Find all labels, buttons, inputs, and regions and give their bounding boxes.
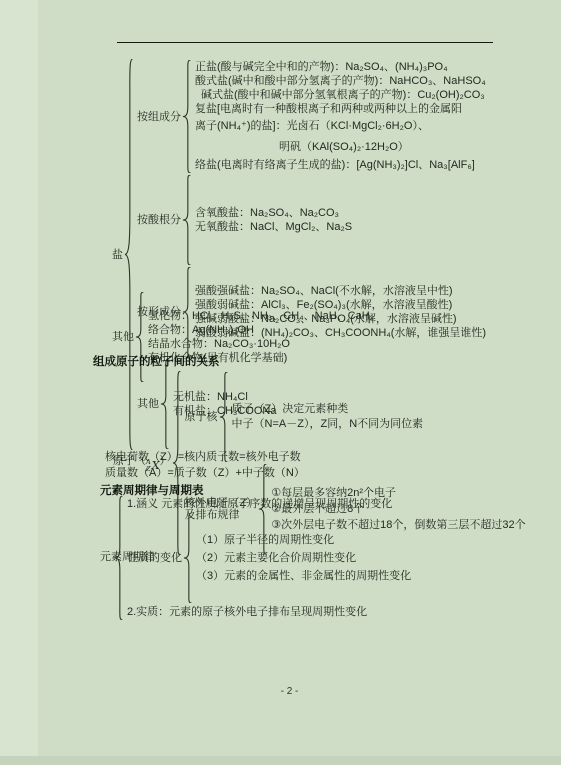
tree-item: （2）元素主要化合价周期性变化 [196,549,411,567]
nucleus-branch: 原子核 质子（Z）决定元素种类 中子（N=A－Z），Z同，N不同为同位素 [185,372,526,462]
tree-item: 质子（Z）决定元素种类 [232,402,424,417]
curly-brace-icon [219,372,228,462]
property-changes-label: 性质的变化 [127,550,183,566]
page-bottom-edge [0,756,561,765]
equation-nuclear-charge: 核电荷数（Z）=核内质子数=核外电子数 [105,450,305,466]
salt-root-label: 盐 [112,248,124,262]
curly-brace-icon [182,60,191,173]
periodic-root-label: 元素周期律 [100,551,114,565]
tree-item: 离子(NH₄⁺)的盐]：光卤石（KCl·MgCl₂·6H₂O）、 [195,116,486,137]
curly-brace-icon [114,496,123,620]
tree-item: 中子（N=A－Z），Z同，N不同为同位素 [232,417,424,432]
tree-item: 结晶水合物：Na₂CO₃·10H₂O [148,337,374,351]
tree-item: 明矾（KAl(SO₄)₂·12H₂O） [195,137,486,158]
by-acid-radical-branch: 按酸根分 含氧酸盐：Na₂SO₄、Na₂CO₃ 无氧酸盐：NaCl、MgCl₂、… [137,175,486,265]
curly-brace-icon [182,175,191,265]
tree-item: 络合物：Ag(NH₃)₂OH [148,323,374,337]
curly-brace-icon [183,513,192,603]
tree-item: 碱式盐(酸中和碱中部分氢氧根离子的产物)：Cu₂(OH)₂CO₃ [195,88,486,102]
header-rule [117,42,493,43]
tree-item: 络盐(电离时有络离子生成的盐)：[Ag(NH₃)₂]Cl、Na₃[AlF₆] [195,158,486,173]
periodic-law-tree: 元素周期律 1.涵义 元素的性质随原子序数的递增呈现周期性的变化 性质的变化 （… [100,496,411,620]
by-acid-radical-label: 按酸根分 [137,213,182,227]
tree-item: （3）元素的金属性、非金属性的周期性变化 [196,567,411,585]
periodic-meaning: 1.涵义 元素的性质随原子序数的递增呈现周期性的变化 [127,496,411,512]
tree-item: （1）原子半径的周期性变化 [196,531,411,549]
tree-item: 复盐[电离时有一种酸根离子和两种或两种以上的金属阳 [195,102,486,116]
document-page: 盐 按组成分 正盐(酸与碱完全中和的产物)：Na₂SO₄、(NH₄)₃PO₄ 酸… [0,0,561,765]
nucleus-label: 原子核 [185,410,219,425]
page-number: - 2 - [0,686,561,697]
by-composition-label: 按组成分 [137,110,182,124]
periodic-root-branch: 元素周期律 1.涵义 元素的性质随原子序数的递增呈现周期性的变化 性质的变化 （… [100,496,411,620]
property-changes-branch: 性质的变化 （1）原子半径的周期性变化 （2）元素主要化合价周期性变化 （3）元… [127,513,411,603]
tree-item: 正盐(酸与碱完全中和的产物)：Na₂SO₄、(NH₄)₃PO₄ [195,60,486,74]
atom-section-heading: 组成原子的粒子间的关系 [93,353,220,369]
equation-mass-number: 质量数（A）=质子数（Z）+中子数（N） [105,466,305,482]
tree-item: 酸式盐(碱中和酸中部分氢离子的产物)：NaHCO₃、NaHSO₄ [195,74,486,88]
page-left-edge [0,0,38,765]
periodic-essence: 2.实质：元素的原子核外电子排布呈现周期性变化 [127,604,411,620]
by-composition-branch: 按组成分 正盐(酸与碱完全中和的产物)：Na₂SO₄、(NH₄)₃PO₄ 酸式盐… [137,60,486,173]
tree-item: 无氧酸盐：NaCl、MgCl₂、Na₂S [195,220,352,234]
tree-item: 含氧酸盐：Na₂SO₄、Na₂CO₃ [195,206,352,220]
tree-item: 氢化物：HCl、H₂S、NH₃、CH₄、NaH、CaH₂ [148,309,374,323]
other-root-label: 其他 [112,330,135,344]
atom-equations: 核电荷数（Z）=核内质子数=核外电子数 质量数（A）=质子数（Z）+中子数（N） [105,450,305,481]
